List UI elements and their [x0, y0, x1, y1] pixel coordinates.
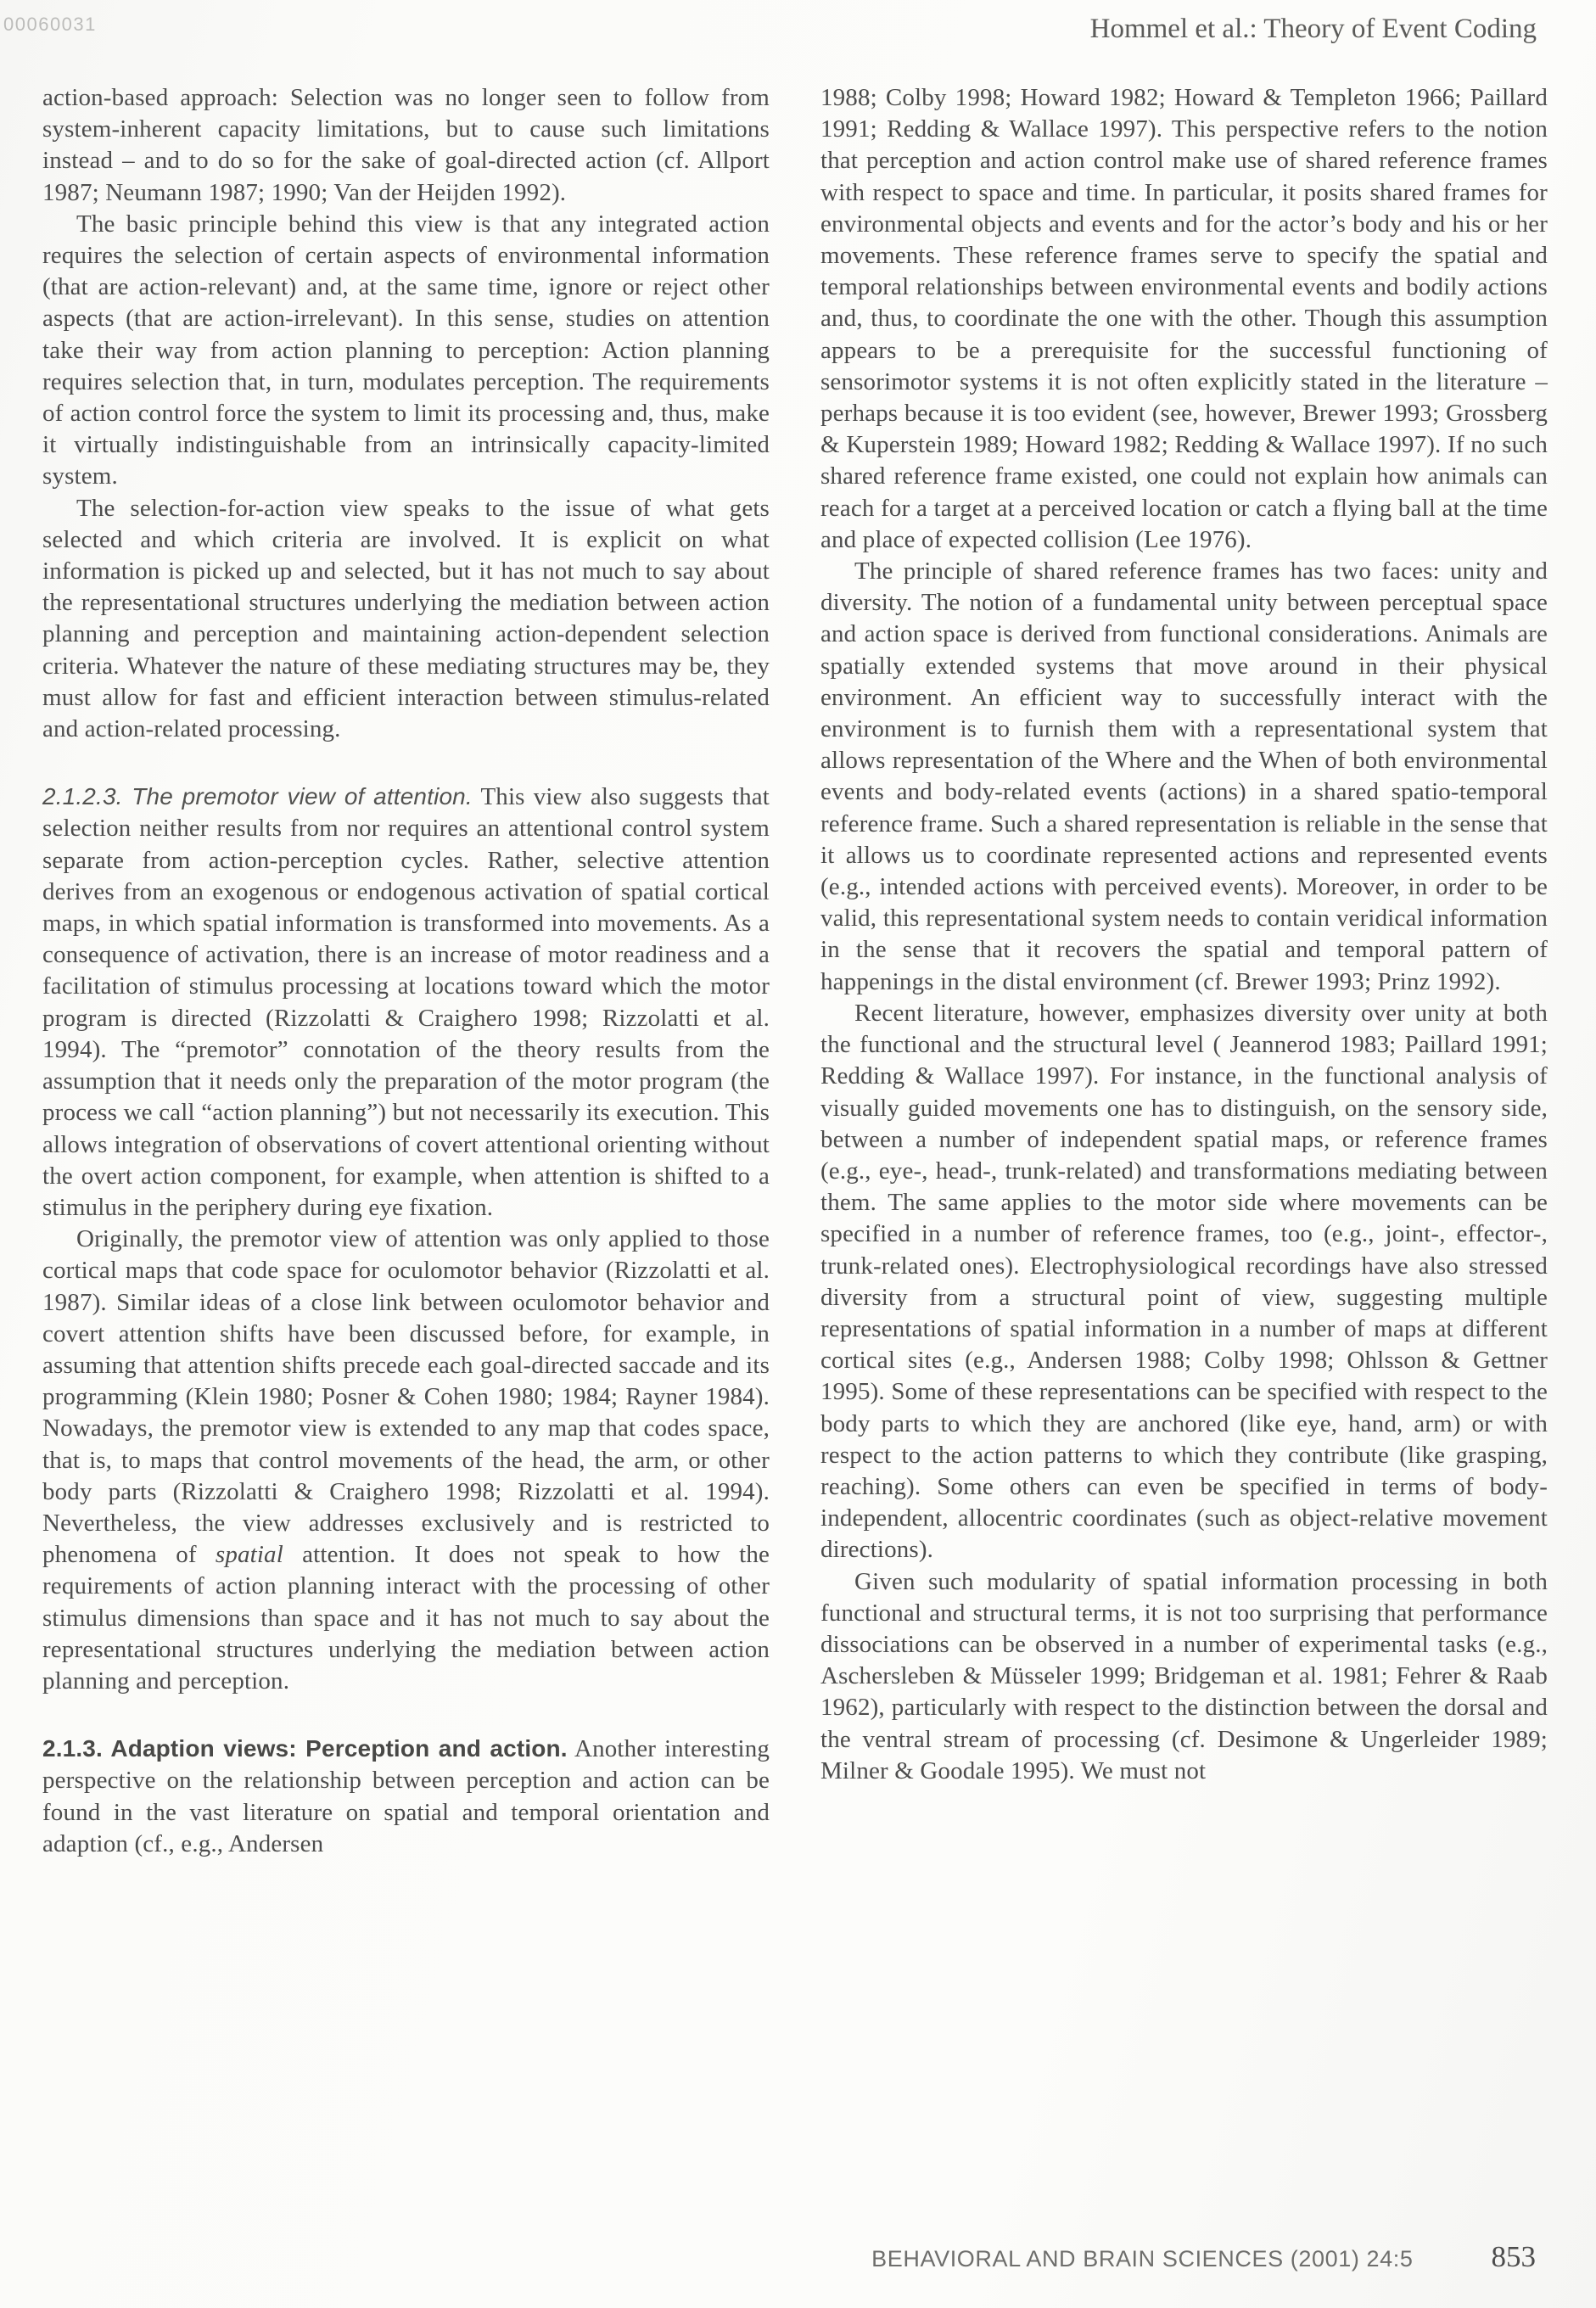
scan-artifact-number: 00060031 — [3, 14, 97, 36]
text-segment: Recent literature, however, emphasizes d… — [820, 1000, 1548, 1563]
two-column-text-block: action-based approach: Selection was no … — [42, 82, 1548, 1860]
paragraph: action-based approach: Selection was no … — [42, 82, 770, 209]
text-segment: This view also suggests that selection n… — [42, 783, 770, 1221]
paragraph: The selection-for-action view speaks to … — [42, 493, 770, 746]
text-segment: 1988; Colby 1998; Howard 1982; Howard & … — [820, 84, 1548, 553]
text-segment: spatial — [216, 1541, 283, 1568]
running-head-title: Hommel et al.: Theory of Event Coding — [1090, 14, 1537, 45]
left-column: action-based approach: Selection was no … — [42, 82, 770, 1860]
text-segment: Originally, the premotor view of attenti… — [42, 1225, 770, 1568]
journal-citation-line: BEHAVIORAL AND BRAIN SCIENCES (2001) 24:… — [871, 2246, 1413, 2272]
section-heading: 2.1.3. Adaption views: Perception and ac… — [42, 1735, 568, 1762]
right-column: 1988; Colby 1998; Howard 1982; Howard & … — [820, 82, 1548, 1860]
text-segment: action-based approach: Selection was no … — [42, 84, 770, 206]
paragraph: Recent literature, however, emphasizes d… — [820, 998, 1548, 1566]
section-heading: 2.1.2.3. The premotor view of attention. — [42, 783, 473, 809]
text-segment: Given such modularity of spatial informa… — [820, 1568, 1548, 1784]
page-footer: BEHAVIORAL AND BRAIN SCIENCES (2001) 24:… — [0, 2240, 1536, 2274]
text-segment: The principle of shared reference frames… — [820, 557, 1548, 995]
paragraph: Originally, the premotor view of attenti… — [42, 1224, 770, 1697]
journal-page: 00060031 Hommel et al.: Theory of Event … — [0, 0, 1596, 2308]
paragraph: 2.1.3. Adaption views: Perception and ac… — [42, 1733, 770, 1860]
text-segment: The basic principle behind this view is … — [42, 210, 770, 490]
paragraph: 2.1.2.3. The premotor view of attention.… — [42, 781, 770, 1224]
text-segment: The selection-for-action view speaks to … — [42, 495, 770, 742]
page-number: 853 — [1492, 2240, 1537, 2274]
paragraph: The principle of shared reference frames… — [820, 556, 1548, 998]
paragraph: The basic principle behind this view is … — [42, 209, 770, 493]
paragraph: 1988; Colby 1998; Howard 1982; Howard & … — [820, 82, 1548, 556]
paragraph: Given such modularity of spatial informa… — [820, 1566, 1548, 1787]
